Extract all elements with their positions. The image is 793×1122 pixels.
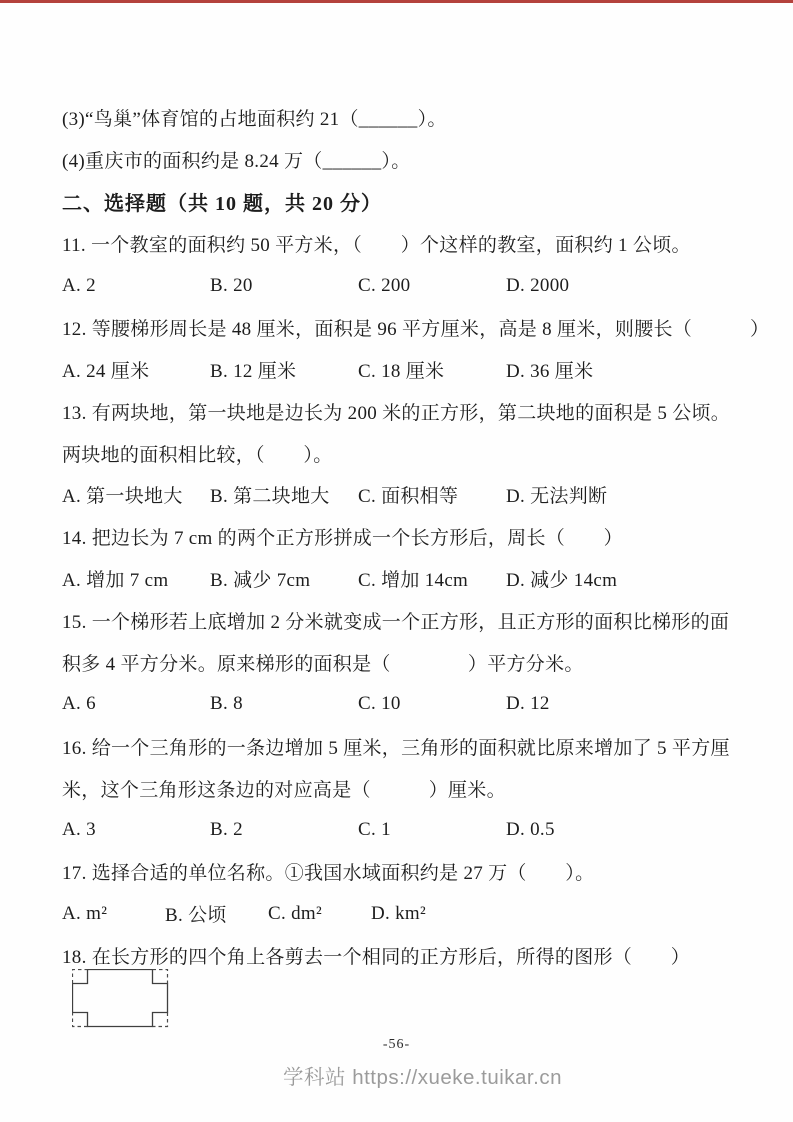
question-line: 12. 等腰梯形周长是 48 厘米，面积是 96 平方厘米，高是 8 厘米，则腰… bbox=[62, 306, 752, 348]
option-item: D. 12 bbox=[506, 693, 640, 715]
option-item: A. 3 bbox=[62, 819, 196, 841]
question-line: 17. 选择合适的单位名称。①我国水域面积约是 27 万（ ）。 bbox=[62, 851, 752, 893]
option-item: B. 2 bbox=[210, 819, 344, 841]
question-line: 两块地的面积相比较，（ ）。 bbox=[62, 432, 752, 474]
question-line: 11. 一个教室的面积约 50 平方米，（ ）个这样的教室，面积约 1 公顷。 bbox=[62, 223, 752, 265]
options-row: A. 24 厘米B. 12 厘米C. 18 厘米D. 36 厘米 bbox=[62, 348, 752, 390]
option-item: D. 无法判断 bbox=[506, 481, 640, 508]
question-line: 16. 给一个三角形的一条边增加 5 厘米，三角形的面积就比原来增加了 5 平方… bbox=[62, 725, 752, 767]
section-heading: 二、选择题（共 10 题，共 20 分） bbox=[62, 181, 752, 223]
option-item: A. 6 bbox=[62, 693, 196, 715]
question-line: 米，这个三角形这条边的对应高是（ ）厘米。 bbox=[62, 767, 752, 809]
option-item: C. 增加 14cm bbox=[358, 565, 492, 592]
option-item: A. 增加 7 cm bbox=[62, 565, 196, 592]
question-line: (3)“鸟巢”体育馆的占地面积约 21（______）。 bbox=[62, 97, 752, 139]
option-item: A. 第一块地大 bbox=[62, 481, 196, 508]
footer-watermark: 学科站 https://xueke.tuikar.cn bbox=[283, 1060, 562, 1090]
options-row: A. m²B. 公顷C. dm²D. km² bbox=[62, 893, 752, 935]
option-item: C. 面积相等 bbox=[358, 481, 492, 508]
option-item: C. 18 厘米 bbox=[358, 356, 492, 383]
options-row: A. 2B. 20C. 200D. 2000 bbox=[62, 265, 752, 307]
option-item: A. 2 bbox=[62, 275, 196, 297]
notched-rectangle-outline bbox=[73, 970, 168, 1027]
test-paper-page: (3)“鸟巢”体育馆的占地面积约 21（______）。(4)重庆市的面积约是 … bbox=[0, 0, 793, 1122]
option-item: C. dm² bbox=[268, 903, 357, 925]
option-item: D. 2000 bbox=[506, 275, 640, 297]
option-item: C. 200 bbox=[358, 275, 492, 297]
document-body: (3)“鸟巢”体育馆的占地面积约 21（______）。(4)重庆市的面积约是 … bbox=[62, 97, 752, 977]
option-item: D. 36 厘米 bbox=[506, 356, 640, 383]
option-item: B. 20 bbox=[210, 275, 344, 297]
option-item: D. km² bbox=[371, 903, 460, 925]
option-item: B. 8 bbox=[210, 693, 344, 715]
option-item: C. 1 bbox=[358, 819, 492, 841]
question-line: 积多 4 平方分米。原来梯形的面积是（ ）平方分米。 bbox=[62, 642, 752, 684]
option-item: B. 12 厘米 bbox=[210, 356, 344, 383]
option-item: B. 第二块地大 bbox=[210, 481, 344, 508]
page-number: -56- bbox=[0, 1037, 793, 1053]
options-row: A. 增加 7 cmB. 减少 7cmC. 增加 14cmD. 减少 14cm bbox=[62, 558, 752, 600]
option-item: B. 公顷 bbox=[165, 900, 254, 927]
options-row: A. 6B. 8C. 10D. 12 bbox=[62, 683, 752, 725]
options-row: A. 第一块地大B. 第二块地大C. 面积相等D. 无法判断 bbox=[62, 474, 752, 516]
question-line: 13. 有两块地，第一块地是边长为 200 米的正方形，第二块地的面积是 5 公… bbox=[62, 390, 752, 432]
option-item: C. 10 bbox=[358, 693, 492, 715]
option-item: B. 减少 7cm bbox=[210, 565, 344, 592]
question-line: 15. 一个梯形若上底增加 2 分米就变成一个正方形，且正方形的面积比梯形的面 bbox=[62, 600, 752, 642]
top-border-rule bbox=[0, 0, 793, 3]
removed-corner-dashed-lines bbox=[73, 970, 168, 1027]
options-row: A. 3B. 2C. 1D. 0.5 bbox=[62, 809, 752, 851]
option-item: D. 减少 14cm bbox=[506, 565, 640, 592]
q18-notched-rectangle-figure-icon bbox=[72, 969, 169, 1028]
option-item: A. 24 厘米 bbox=[62, 356, 196, 383]
question-line: 14. 把边长为 7 cm 的两个正方形拼成一个长方形后，周长（ ） bbox=[62, 516, 752, 558]
question-line: (4)重庆市的面积约是 8.24 万（______）。 bbox=[62, 139, 752, 181]
option-item: A. m² bbox=[62, 903, 151, 925]
option-item: D. 0.5 bbox=[506, 819, 640, 841]
